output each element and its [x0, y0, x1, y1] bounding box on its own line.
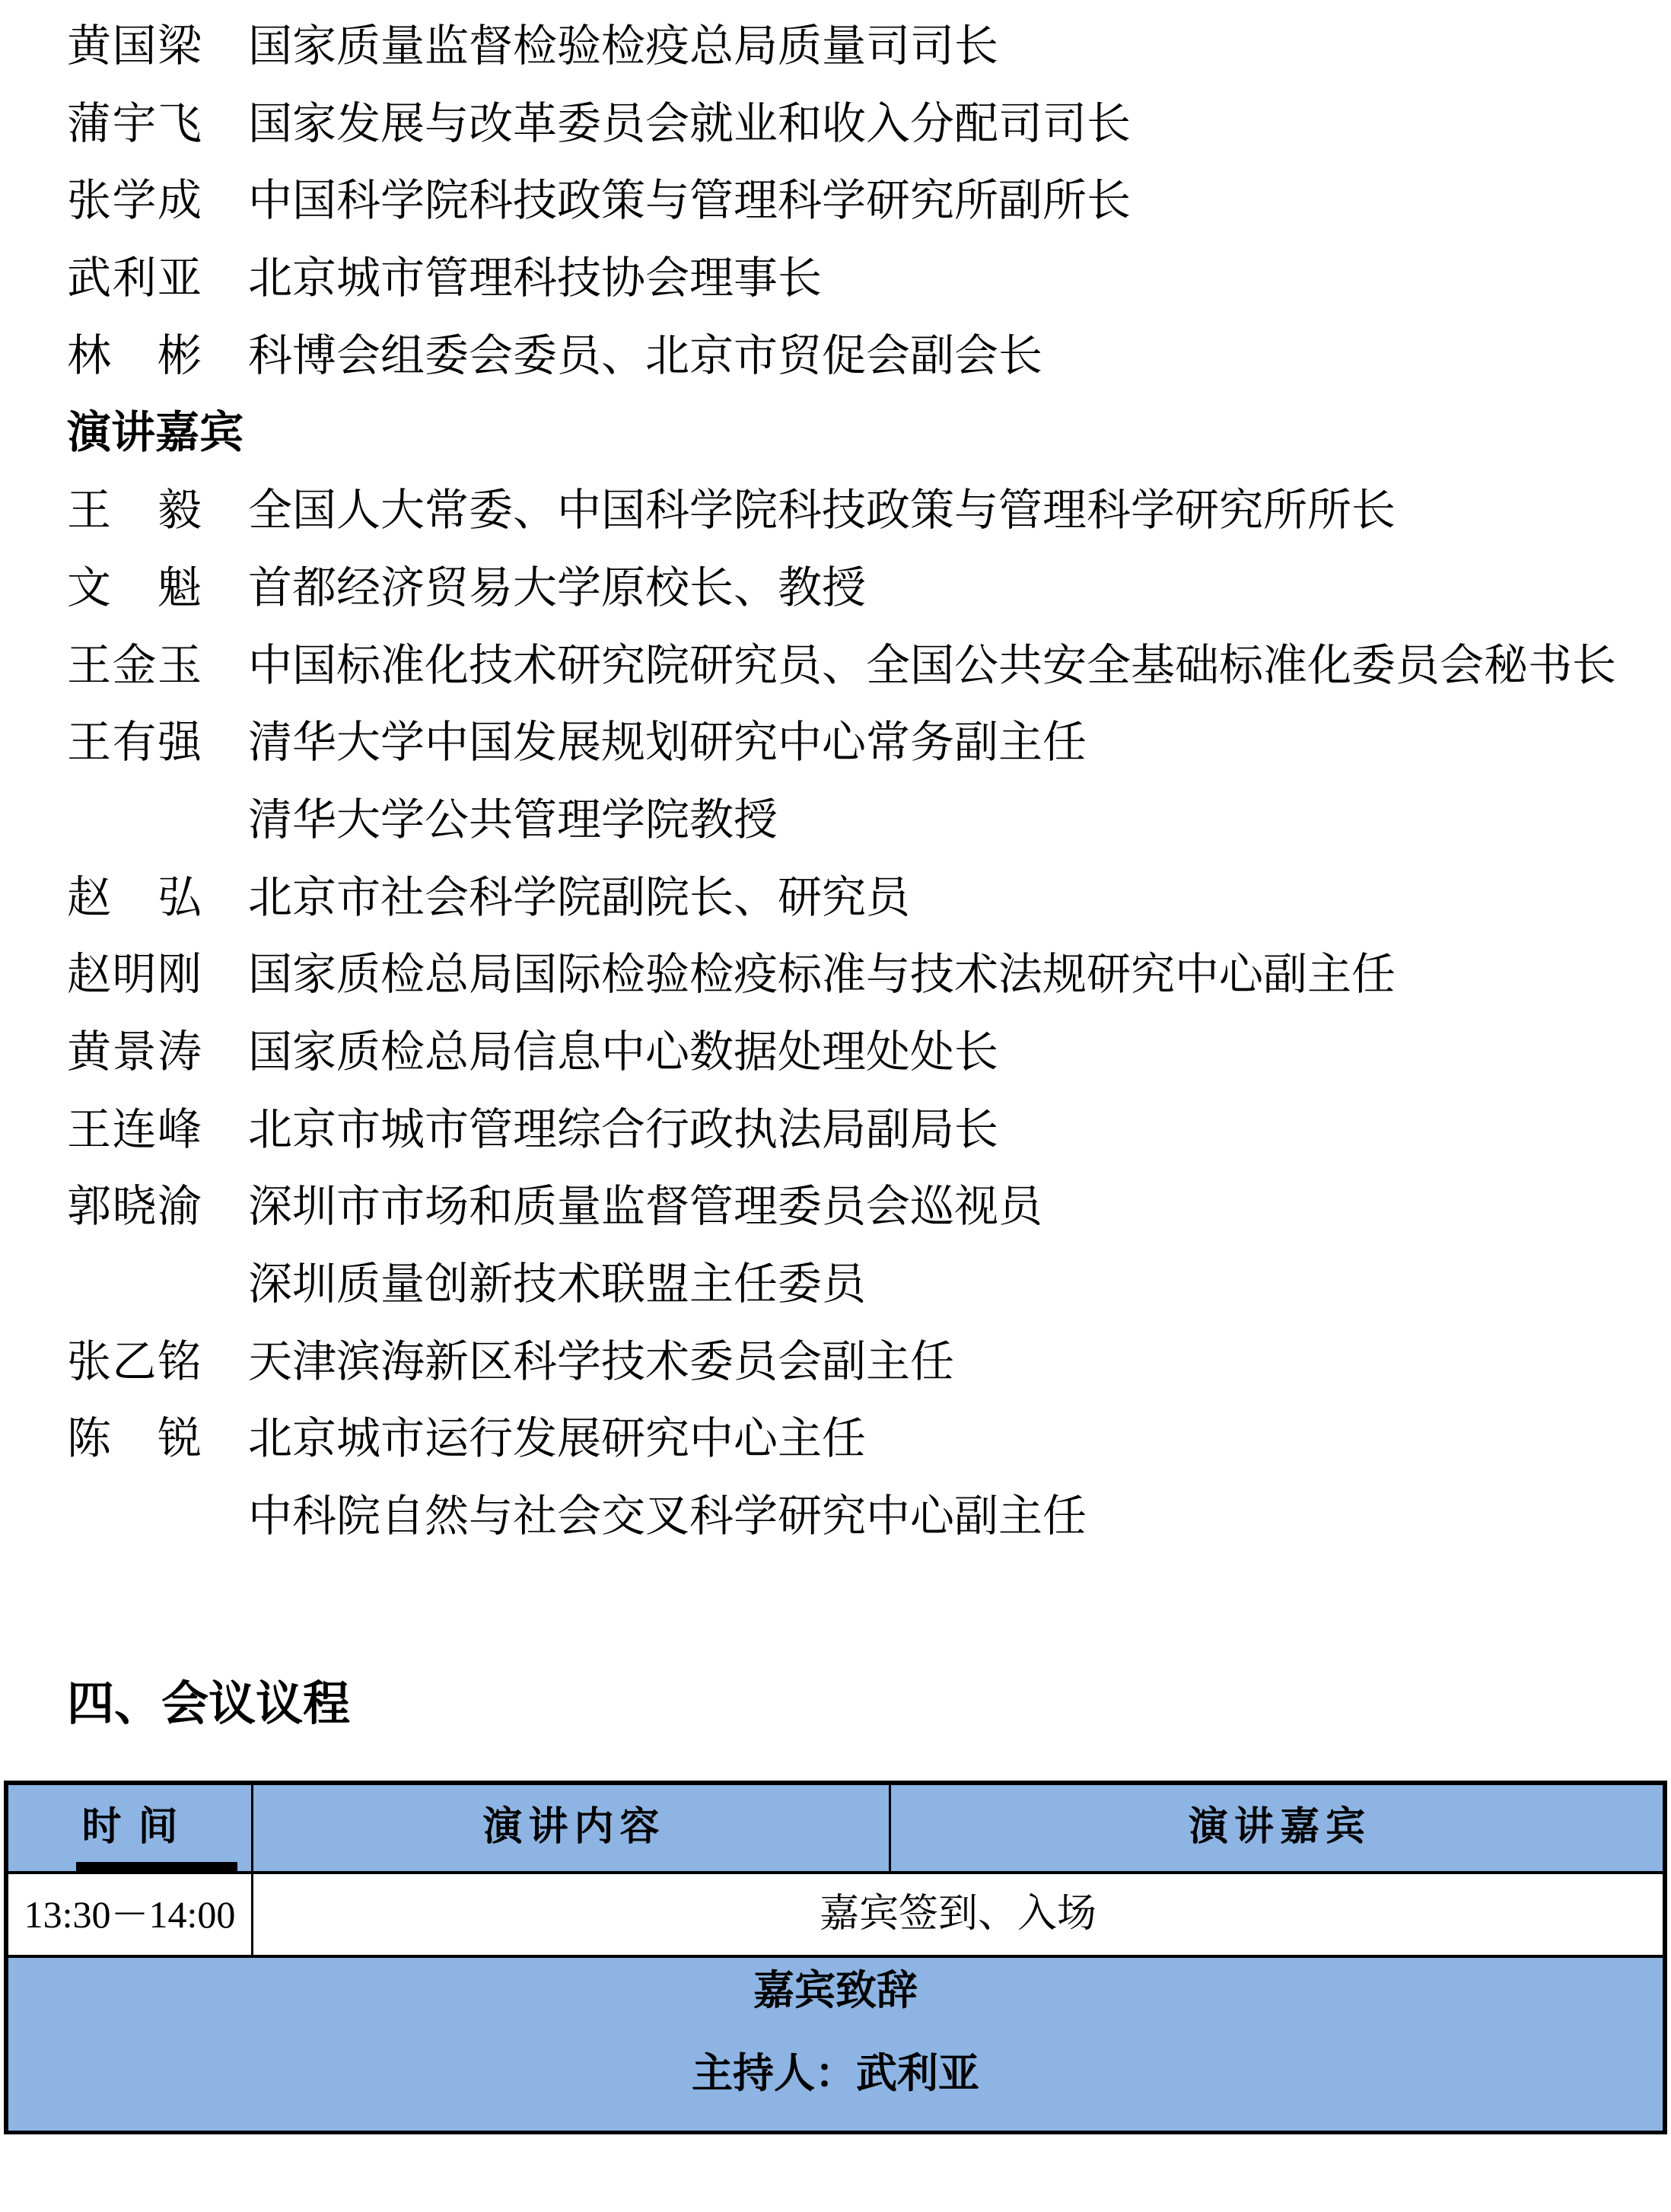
header-cell-time: 时间 — [8, 1785, 253, 1871]
list-entry: 郭晓渝深圳市市场和质量监督管理委员会巡视员 — [0, 1176, 1671, 1253]
person-name: 郭晓渝 — [67, 1185, 202, 1229]
attendee-list: 黄国梁国家质量监督检验检疫总局质量司司长蒲宇飞国家发展与改革委员会就业和收入分配… — [0, 15, 1671, 402]
list-entry: 深圳质量创新技术联盟主任委员 — [0, 1253, 1671, 1331]
list-entry: 赵明刚国家质检总局国际检验检疫标准与技术法规研究中心副主任 — [0, 944, 1671, 1021]
header-label-time: 时间 — [65, 1808, 194, 1848]
person-title: 清华大学公共管理学院教授 — [248, 798, 778, 842]
person-name: 王毅 — [67, 489, 202, 533]
header-label-content: 演讲内容 — [476, 1808, 665, 1848]
person-name: 张乙铭 — [67, 1340, 202, 1384]
list-entry: 赵弘北京市社会科学院副院长、研究员 — [0, 867, 1671, 944]
list-entry: 王毅全国人大常委、中国科学院科技政策与管理科学研究所所长 — [0, 479, 1671, 557]
time-header-underline-bar — [76, 1862, 237, 1871]
list-entry: 中科院自然与社会交叉科学研究中心副主任 — [0, 1485, 1671, 1563]
person-title: 中国科学院科技政策与管理科学研究所副所长 — [248, 179, 1131, 223]
list-entry: 文魁首都经济贸易大学原校长、教授 — [0, 557, 1671, 635]
list-entry: 王金玉中国标准化技术研究院研究员、全国公共安全基础标准化委员会秘书长 — [0, 635, 1671, 712]
header-label-speaker: 演讲嘉宾 — [1182, 1808, 1371, 1848]
person-name: 蒲宇飞 — [67, 102, 202, 146]
list-entry: 黄景涛国家质检总局信息中心数据处理处处长 — [0, 1021, 1671, 1099]
person-name: 赵明刚 — [67, 953, 202, 997]
agenda-heading: 四、会议议程 — [67, 1681, 1671, 1728]
person-title: 深圳质量创新技术联盟主任委员 — [248, 1262, 866, 1307]
person-name: 赵弘 — [67, 876, 202, 920]
opening-title: 嘉宾致辞 — [8, 1970, 1663, 2011]
person-title: 科博会组委会委员、北京市贸促会副会长 — [248, 334, 1042, 378]
list-entry: 陈锐北京城市运行发展研究中心主任 — [0, 1408, 1671, 1485]
person-title: 国家发展与改革委员会就业和收入分配司司长 — [248, 102, 1131, 146]
person-title: 国家质检总局信息中心数据处理处处长 — [248, 1030, 998, 1074]
person-name: 林彬 — [67, 334, 202, 378]
person-name: 张学成 — [67, 179, 202, 223]
person-name: 王有强 — [67, 721, 202, 765]
person-title: 中科院自然与社会交叉科学研究中心副主任 — [248, 1494, 1087, 1539]
header-cell-speaker: 演讲嘉宾 — [891, 1785, 1663, 1871]
agenda-table: 时间 演讲内容 演讲嘉宾 13:30－14:00 嘉宾签到、入场 嘉宾致辞 主持… — [4, 1781, 1667, 2134]
guest-list-section: 黄国梁国家质量监督检验检疫总局质量司司长蒲宇飞国家发展与改革委员会就业和收入分配… — [0, 0, 1671, 1563]
person-name: 武利亚 — [67, 256, 202, 301]
list-entry: 王有强清华大学中国发展规划研究中心常务副主任 — [0, 711, 1671, 789]
person-title: 首都经济贸易大学原校长、教授 — [248, 566, 866, 610]
cell-time: 13:30－14:00 — [8, 1874, 253, 1955]
list-entry: 王连峰北京市城市管理综合行政执法局副局长 — [0, 1099, 1671, 1176]
person-title: 国家质量监督检验检疫总局质量司司长 — [248, 24, 998, 68]
person-name: 陈锐 — [67, 1417, 202, 1461]
person-name: 王连峰 — [67, 1108, 202, 1152]
person-title: 清华大学中国发展规划研究中心常务副主任 — [248, 721, 1087, 765]
header-cell-content: 演讲内容 — [253, 1785, 891, 1871]
speaker-list: 王毅全国人大常委、中国科学院科技政策与管理科学研究所所长文魁首都经济贸易大学原校… — [0, 479, 1671, 1563]
list-entry: 清华大学公共管理学院教授 — [0, 789, 1671, 867]
opening-host: 主持人：武利亚 — [8, 2053, 1663, 2094]
person-title: 北京市城市管理综合行政执法局副局长 — [248, 1108, 998, 1152]
list-entry: 武利亚北京城市管理科技协会理事长 — [0, 247, 1671, 325]
time-value: 13:30－14:00 — [24, 1895, 236, 1934]
list-entry: 张乙铭天津滨海新区科学技术委员会副主任 — [0, 1331, 1671, 1408]
speakers-heading: 演讲嘉宾 — [67, 402, 1671, 479]
person-title: 天津滨海新区科学技术委员会副主任 — [248, 1340, 954, 1384]
list-entry: 张学成中国科学院科技政策与管理科学研究所副所长 — [0, 170, 1671, 247]
person-title: 全国人大常委、中国科学院科技政策与管理科学研究所所长 — [248, 489, 1396, 533]
person-title: 中国标准化技术研究院研究员、全国公共安全基础标准化委员会秘书长 — [248, 644, 1616, 688]
person-name: 王金玉 — [67, 644, 202, 688]
agenda-row-opening: 嘉宾致辞 主持人：武利亚 — [4, 1958, 1667, 2134]
person-name: 文魁 — [67, 566, 202, 610]
agenda-table-header-row: 时间 演讲内容 演讲嘉宾 — [4, 1781, 1667, 1874]
person-title: 北京城市管理科技协会理事长 — [248, 256, 822, 301]
person-title: 深圳市市场和质量监督管理委员会巡视员 — [248, 1185, 1042, 1229]
list-entry: 黄国梁国家质量监督检验检疫总局质量司司长 — [0, 15, 1671, 93]
person-name: 黄国梁 — [67, 24, 202, 68]
list-entry: 林彬科博会组委会委员、北京市贸促会副会长 — [0, 325, 1671, 403]
person-title: 北京市社会科学院副院长、研究员 — [248, 876, 910, 920]
document-page: 黄国梁国家质量监督检验检疫总局质量司司长蒲宇飞国家发展与改革委员会就业和收入分配… — [0, 0, 1671, 2212]
agenda-row-signin: 13:30－14:00 嘉宾签到、入场 — [4, 1874, 1667, 1958]
person-title: 北京城市运行发展研究中心主任 — [248, 1417, 866, 1461]
list-entry: 蒲宇飞国家发展与改革委员会就业和收入分配司司长 — [0, 93, 1671, 170]
person-title: 国家质检总局国际检验检疫标准与技术法规研究中心副主任 — [248, 953, 1396, 997]
cell-signin-content: 嘉宾签到、入场 — [253, 1874, 1663, 1955]
person-name: 黄景涛 — [67, 1030, 202, 1074]
